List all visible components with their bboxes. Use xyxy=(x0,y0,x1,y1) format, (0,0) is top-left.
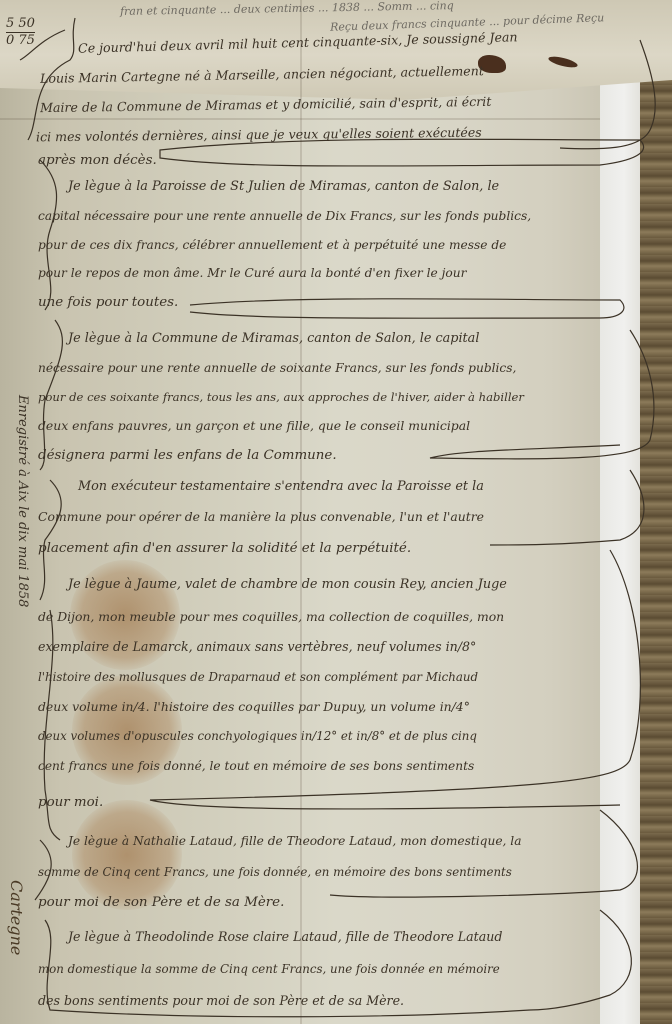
text-line: deux volumes d'opuscules conchyologiques… xyxy=(38,727,477,745)
text-line: après mon décès. xyxy=(38,152,157,170)
text-line: Je lègue à la Commune de Miramas, canton… xyxy=(68,330,479,348)
text-line: pour de ces dix francs, célébrer annuell… xyxy=(38,236,506,254)
text-line: mon domestique la somme de Cinq cent Fra… xyxy=(38,960,500,978)
text-line: Je lègue à la Paroisse de St Julien de M… xyxy=(68,178,499,196)
text-line: pour moi. xyxy=(38,794,103,812)
text-line: une fois pour toutes. xyxy=(38,294,178,312)
text-line: désignera parmi les enfans de la Commune… xyxy=(38,447,337,465)
text-line: somme de Cinq cent Francs, une fois donn… xyxy=(38,863,512,881)
text-line: Je lègue à Theodolinde Rose claire Latau… xyxy=(68,928,502,946)
registration-margin-note: Enregistré à Aix le dix mai 1858 xyxy=(2,395,30,775)
text-line: cent francs une fois donné, le tout en m… xyxy=(38,757,474,775)
text-line: pour moi de son Père et de sa Mère. xyxy=(38,894,284,912)
text-line: deux volume in/4. l'histoire des coquill… xyxy=(38,698,470,716)
fee-amount-2: 0 75 xyxy=(6,33,35,48)
signature-mark: Cartegne xyxy=(2,880,26,980)
text-line: pour le repos de mon âme. Mr le Curé aur… xyxy=(38,264,466,282)
text-line: exemplaire de Lamarck, animaux sans vert… xyxy=(38,638,476,656)
text-line: deux enfans pauvres, un garçon et une fi… xyxy=(38,417,470,435)
text-line: capital nécessaire pour une rente annuel… xyxy=(38,207,531,225)
text-line: des bons sentiments pour moi de son Père… xyxy=(38,992,404,1010)
text-line: l'histoire des mollusques de Draparnaud … xyxy=(38,668,478,686)
text-line: Je lègue à Jaume, valet de chambre de mo… xyxy=(68,576,507,594)
text-line: nécessaire pour une rente annuelle de so… xyxy=(38,359,516,377)
text-line: pour de ces soixante francs, tous les an… xyxy=(38,388,524,406)
text-line: Commune pour opérer de la manière la plu… xyxy=(38,508,484,526)
text-line: de Dijon, mon meuble pour mes coquilles,… xyxy=(38,608,504,626)
text-line: Mon exécuteur testamentaire s'entendra a… xyxy=(78,478,484,496)
fee-amount-1: 5 50 xyxy=(6,16,35,33)
text-line: placement afin d'en assurer la solidité … xyxy=(38,540,411,558)
registration-fee: 5 50 0 75 xyxy=(6,16,35,49)
text-line: Je lègue à Nathalie Lataud, fille de The… xyxy=(68,832,521,850)
